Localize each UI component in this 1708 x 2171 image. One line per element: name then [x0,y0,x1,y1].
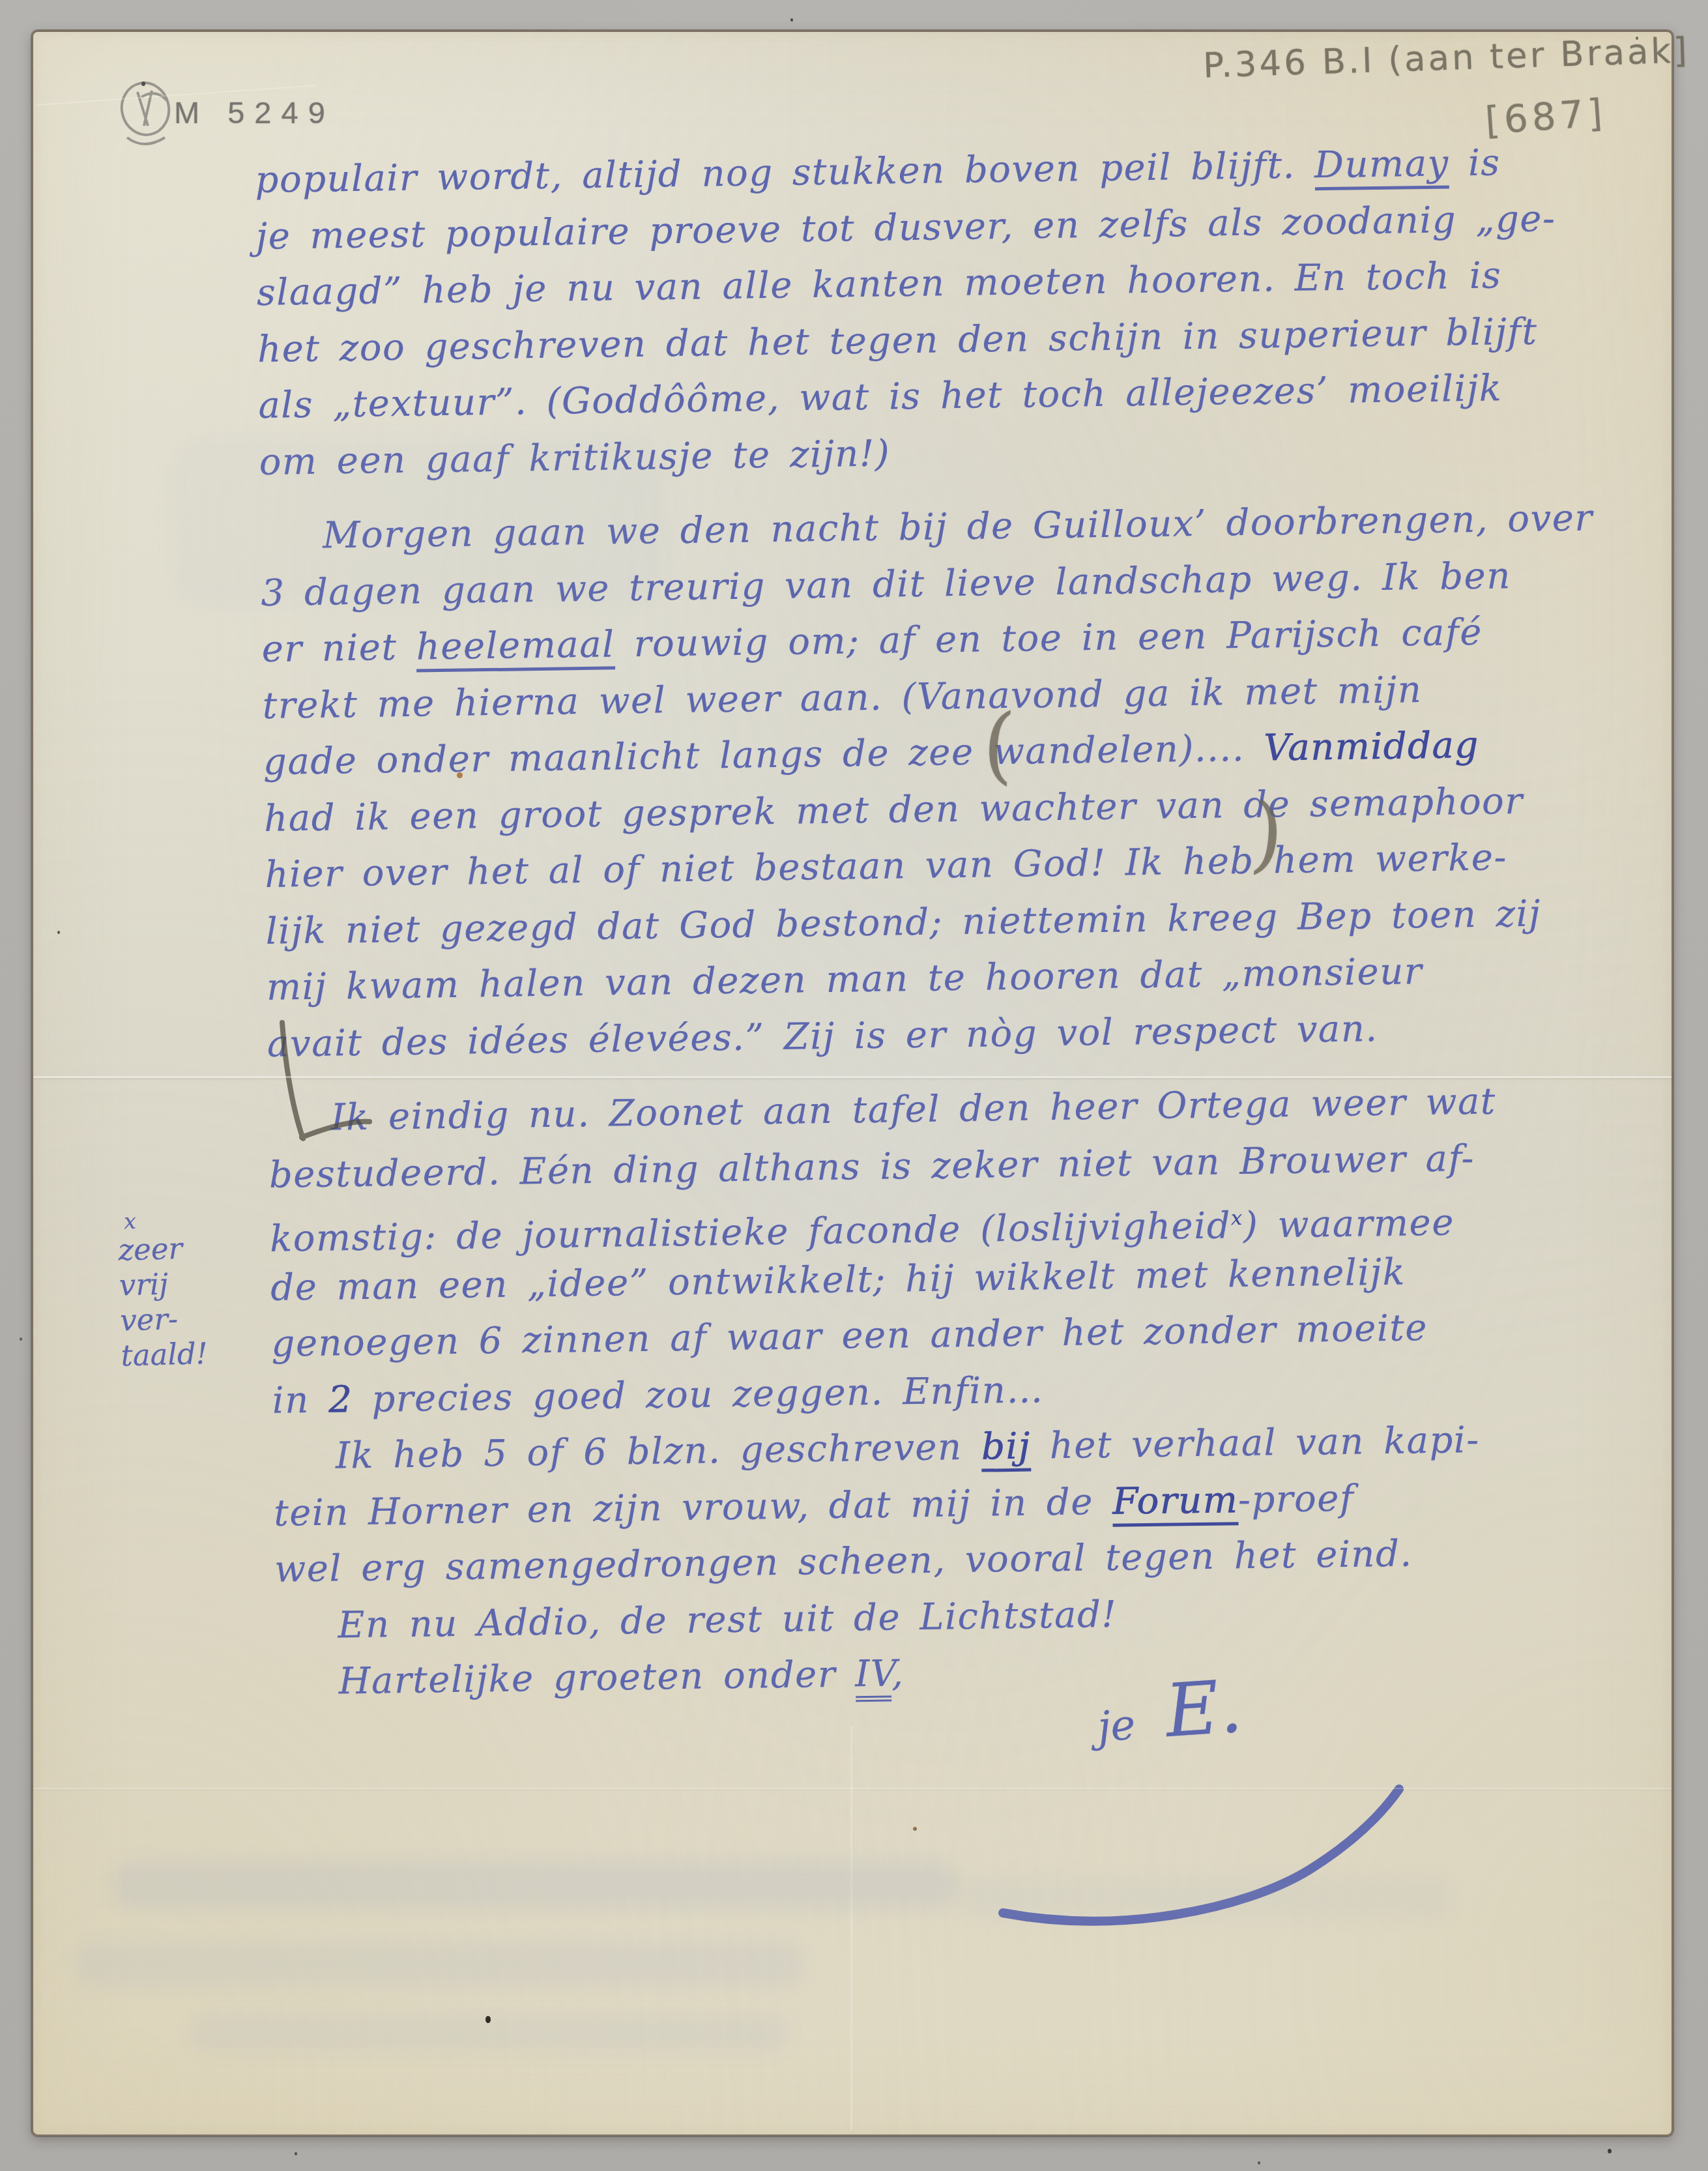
paper-crease [850,1727,852,2131]
paper-speck [485,2016,491,2023]
scan-background: M 5249 P.346 B.I (aan ter Braak] [687] p… [0,0,1708,2171]
letter-text-segment: genoegen 6 zinnen af waar een ander het … [271,1307,1428,1365]
letter-text-segment: hier over het al of niet bestaan van God… [265,836,1507,896]
letter-text-segment: het verhaal van kapi- [1030,1419,1480,1468]
margin-note-lines: zeervrijver-taald! [118,1230,246,1374]
letter-text-segment: Forum [1112,1479,1239,1527]
letter-text-segment: mij kwam halen van dezen man te hooren d… [266,950,1423,1009]
letter-text-segment: Vanmiddag [1264,724,1479,770]
letter-text-segment: is [1449,141,1501,184]
letter-text-segment: heelemaal [416,623,615,672]
margin-note-line: taald! [121,1335,245,1373]
stamp-number: M 5249 [174,95,335,130]
letter-text-segment: Ik eindig nu. Zoonet aan tafel den heer … [330,1081,1496,1139]
signature-flourish-icon [985,1771,1415,1940]
paper-crease [33,1788,1672,1789]
letter-text-segment: -proef [1238,1477,1355,1521]
margin-note: x zeervrijver-taald! [117,1201,246,1374]
paper-speck [913,1827,917,1831]
signature-prefix: je [1096,1701,1137,1752]
letter-text-segment: lijk niet gezegd dat God bestond; niette… [265,892,1541,952]
letter-text-segment: avait des idées élevées.” Zij is er nòg … [267,1008,1378,1066]
letter-paragraph: populair wordt, altijd nog stukken boven… [255,133,1654,491]
letter-text-segment: gade onder maanlicht langs de zee wandel… [263,727,1264,783]
letter-text-segment: bij [981,1425,1031,1472]
letter-text-segment: het zoo geschreven dat het tegen den sch… [257,310,1538,370]
letter-text-segment: 3 dagen gaan we treurig van dit lieve la… [261,555,1511,615]
letter-text-segment: Dumay [1314,142,1450,190]
letter-text-segment: de man een „idee” ontwikkelt; hij wikkel… [270,1251,1406,1309]
letter-text-segment: 2 [328,1378,353,1421]
letter-paper: M 5249 P.346 B.I (aan ter Braak] [687] p… [31,30,1673,2136]
letter-text-segment: populair wordt, altijd nog stukken boven… [255,144,1314,201]
letter-text-segment: x [1231,1206,1243,1230]
letter-paragraph: Ik eindig nu. Zoonet aan tafel den heer … [268,1071,1667,1429]
signature-initial: E. [1163,1664,1245,1754]
letter-text-segment: Ik heb 5 of 6 blzn. geschreven [335,1426,981,1478]
pencil-paren-open-icon: ( [981,695,1017,793]
margin-note-marker: x [117,1201,242,1233]
letter-text-segment: bestudeerd. Eén ding althans is zeker ni… [268,1137,1475,1197]
letter-paragraph: Morgen gaan we den nacht bij de Guilloux… [260,489,1662,1073]
margin-note-line: ver- [120,1300,244,1339]
letter-text-segment: je meest populaire proeve tot dusver, en… [255,197,1556,258]
letter-text-segment: in [272,1378,328,1421]
letter-text-segment: er niet [261,626,416,671]
pencil-checkmark-icon [265,1013,383,1157]
letter-text-segment: slaagd” heb je nu van alle kanten moeten… [257,254,1502,314]
letter-text-segment: , [891,1652,905,1695]
letter-text-segment: had ik een groot gesprek met den wachter… [264,780,1524,839]
pencil-annotation-top-right: P.346 B.I (aan ter Braak] [1202,31,1690,85]
ink-bleedthrough [111,1861,959,1909]
letter-text-segment: als „textuur”. (Goddôôme, wat is het toc… [258,367,1503,427]
ink-bleedthrough [190,2013,789,2052]
letter-text-segment: wel erg samengedrongen scheen, vooral te… [274,1532,1413,1590]
letter-text-segment: om een gaaf kritikusje te zijn!) [259,432,890,484]
letter-body: populair wordt, altijd nog stukken boven… [255,133,1671,1711]
letter-text-segment: precies goed zou zeggen. Enfin… [353,1369,1045,1421]
letter-text-segment: tein Horner en zijn vrouw, dat mij in de [274,1480,1113,1534]
letter-text-segment: En nu Addio, de rest uit de Lichtstad! [338,1593,1118,1646]
letter-text-segment: Hartelijke groeten onder [338,1653,855,1702]
letter-text-segment: ) waarmee [1243,1201,1455,1247]
letter-text-segment: IV [855,1653,892,1702]
letter-text-segment: trekt me hierna wel weer aan. (Vanavond … [262,669,1422,727]
ink-bleedthrough [74,1942,803,1987]
margin-note-line: zeer [118,1230,242,1268]
letter-text-segment: Morgen gaan we den nacht bij de Guilloux… [323,497,1593,557]
margin-note-line: vrij [119,1265,243,1304]
letter-paragraph: Ik heb 5 of 6 blzn. geschreven bij het v… [272,1410,1671,1711]
letter-text-segment: rouwig om; af en toe in een Parijsch caf… [615,611,1483,666]
signature: jeE. [1094,1664,1245,1758]
